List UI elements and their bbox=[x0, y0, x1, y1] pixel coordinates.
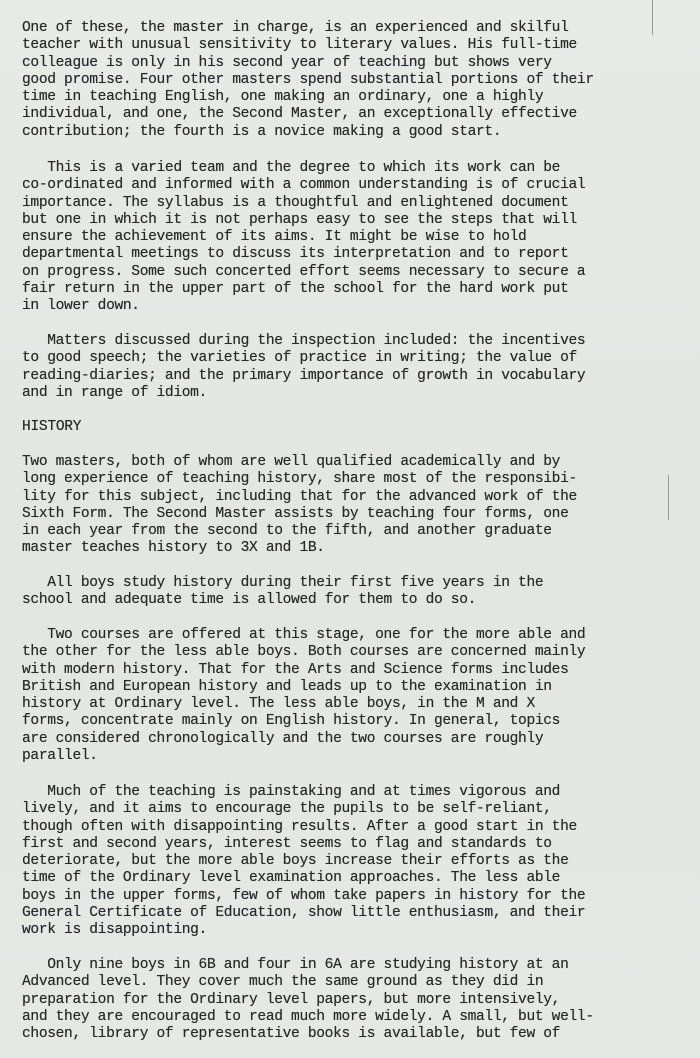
text-line: Two courses are offered at this stage, o… bbox=[22, 627, 682, 644]
text-line: Two masters, both of whom are well quali… bbox=[22, 454, 682, 471]
text-line: Advanced level. They cover much the same… bbox=[22, 974, 682, 991]
paragraph-history-courses: Two courses are offered at this stage, o… bbox=[22, 627, 682, 765]
text-line: the other for the less able boys. Both c… bbox=[22, 644, 682, 661]
text-line: work is disappointing. bbox=[22, 922, 682, 939]
paragraph-history-advanced: Only nine boys in 6B and four in 6A are … bbox=[22, 957, 682, 1043]
text-line: One of these, the master in charge, is a… bbox=[22, 20, 682, 37]
text-line: colleague is only in his second year of … bbox=[22, 55, 682, 72]
text-line: good promise. Four other masters spend s… bbox=[22, 72, 682, 89]
text-line: time of the Ordinary level examination a… bbox=[22, 870, 682, 887]
text-line: long experience of teaching history, sha… bbox=[22, 471, 682, 488]
text-line: lively, and it aims to encourage the pup… bbox=[22, 801, 682, 818]
text-line: school and adequate time is allowed for … bbox=[22, 592, 682, 609]
text-line: to good speech; the varieties of practic… bbox=[22, 350, 682, 367]
text-line: This is a varied team and the degree to … bbox=[22, 160, 682, 177]
text-line: Only nine boys in 6B and four in 6A are … bbox=[22, 957, 682, 974]
text-line: but one in which it is not perhaps easy … bbox=[22, 212, 682, 229]
text-line: Much of the teaching is painstaking and … bbox=[22, 784, 682, 801]
text-line: lity for this subject, including that fo… bbox=[22, 489, 682, 506]
paragraph-history-time: All boys study history during their firs… bbox=[22, 575, 682, 610]
text-line: though often with disappointing results.… bbox=[22, 819, 682, 836]
text-line: time in teaching English, one making an … bbox=[22, 89, 682, 106]
text-line: Matters discussed during the inspection … bbox=[22, 333, 682, 350]
text-line: British and European history and leads u… bbox=[22, 679, 682, 696]
text-line: All boys study history during their firs… bbox=[22, 575, 682, 592]
text-line: contribution; the fourth is a novice mak… bbox=[22, 124, 682, 141]
text-line: history at Ordinary level. The less able… bbox=[22, 696, 682, 713]
paragraph-history-staff: Two masters, both of whom are well quali… bbox=[22, 454, 682, 558]
text-line: individual, and one, the Second Master, … bbox=[22, 106, 682, 123]
text-line: co-ordinated and informed with a common … bbox=[22, 177, 682, 194]
text-line: in lower down. bbox=[22, 298, 682, 315]
paragraph-english-staff: One of these, the master in charge, is a… bbox=[22, 20, 682, 141]
text-line: first and second years, interest seems t… bbox=[22, 836, 682, 853]
paragraph-english-matters: Matters discussed during the inspection … bbox=[22, 333, 682, 402]
text-line: forms, concentrate mainly on English his… bbox=[22, 713, 682, 730]
text-line: fair return in the upper part of the sch… bbox=[22, 281, 682, 298]
text-line: reading-diaries; and the primary importa… bbox=[22, 368, 682, 385]
text-line: teacher with unusual sensitivity to lite… bbox=[22, 37, 682, 54]
paragraph-english-team: This is a varied team and the degree to … bbox=[22, 160, 682, 316]
text-line: boys in the upper forms, few of whom tak… bbox=[22, 888, 682, 905]
text-line: with modern history. That for the Arts a… bbox=[22, 662, 682, 679]
text-line: parallel. bbox=[22, 748, 682, 765]
text-line: ensure the achievement of its aims. It m… bbox=[22, 229, 682, 246]
text-line: preparation for the Ordinary level paper… bbox=[22, 992, 682, 1009]
text-line: in each year from the second to the fift… bbox=[22, 523, 682, 540]
scan-margin-mark bbox=[668, 475, 669, 520]
text-line: and they are encouraged to read much mor… bbox=[22, 1009, 682, 1026]
text-line: on progress. Some such concerted effort … bbox=[22, 264, 682, 281]
text-line: importance. The syllabus is a thoughtful… bbox=[22, 195, 682, 212]
text-line: chosen, library of representative books … bbox=[22, 1026, 682, 1043]
text-line: Sixth Form. The Second Master assists by… bbox=[22, 506, 682, 523]
paragraph-history-teaching: Much of the teaching is painstaking and … bbox=[22, 784, 682, 940]
text-line: General Certificate of Education, show l… bbox=[22, 905, 682, 922]
text-line: deteriorate, but the more able boys incr… bbox=[22, 853, 682, 870]
text-line: master teaches history to 3X and 1B. bbox=[22, 540, 682, 557]
text-line: departmental meetings to discuss its int… bbox=[22, 246, 682, 263]
section-heading-history: HISTORY bbox=[22, 419, 682, 436]
scan-margin-mark bbox=[652, 0, 653, 35]
text-line: and in range of idiom. bbox=[22, 385, 682, 402]
scanned-page: One of these, the master in charge, is a… bbox=[0, 0, 700, 1058]
text-line: are considered chronologically and the t… bbox=[22, 731, 682, 748]
